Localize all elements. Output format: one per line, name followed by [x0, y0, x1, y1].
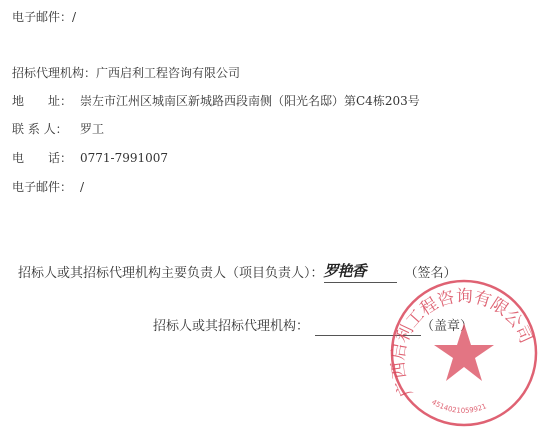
- address-label: 地 址：: [12, 94, 80, 108]
- company-seal-stamp: 广西启利工程咨询有限公司 4514021059921: [388, 277, 539, 429]
- contact-label: 联 系 人：: [12, 122, 80, 136]
- agency-row: 招标代理机构：广西启利工程咨询有限公司: [12, 66, 240, 80]
- agency-email-row: 电子邮件：/: [12, 180, 84, 194]
- handwritten-signature: 罗艳香: [324, 262, 366, 280]
- contact-row: 联 系 人：罗工: [12, 122, 104, 136]
- agency-email-value: /: [80, 180, 84, 194]
- agency-label: 招标代理机构：: [12, 66, 96, 80]
- phone-label: 电 话：: [12, 151, 80, 165]
- star-icon: [434, 323, 494, 381]
- responsible-label: 招标人或其招标代理机构主要负责人（项目负责人）：: [18, 266, 324, 281]
- phone-row: 电 话：0771-7991007: [12, 151, 168, 165]
- email-value: /: [72, 10, 76, 24]
- agency-value: 广西启利工程咨询有限公司: [96, 66, 240, 80]
- contact-value: 罗工: [80, 122, 104, 136]
- phone-value: 0771-7991007: [80, 151, 168, 165]
- signature-field[interactable]: 罗艳香: [324, 262, 397, 283]
- top-email-row: 电子邮件：/: [12, 10, 76, 24]
- email-label: 电子邮件：: [12, 10, 72, 24]
- org-label: 招标人或其招标代理机构：: [153, 319, 309, 334]
- address-value: 崇左市江州区城南区新城路西段南侧（阳光名邸）第C4栋203号: [80, 94, 420, 108]
- agency-email-label: 电子邮件：: [12, 180, 80, 194]
- seal-code-text: 4514021059921: [430, 398, 488, 415]
- address-row: 地 址：崇左市江州区城南区新城路西段南侧（阳光名邸）第C4栋203号: [12, 94, 420, 108]
- seal-code-path: 4514021059921: [430, 398, 488, 415]
